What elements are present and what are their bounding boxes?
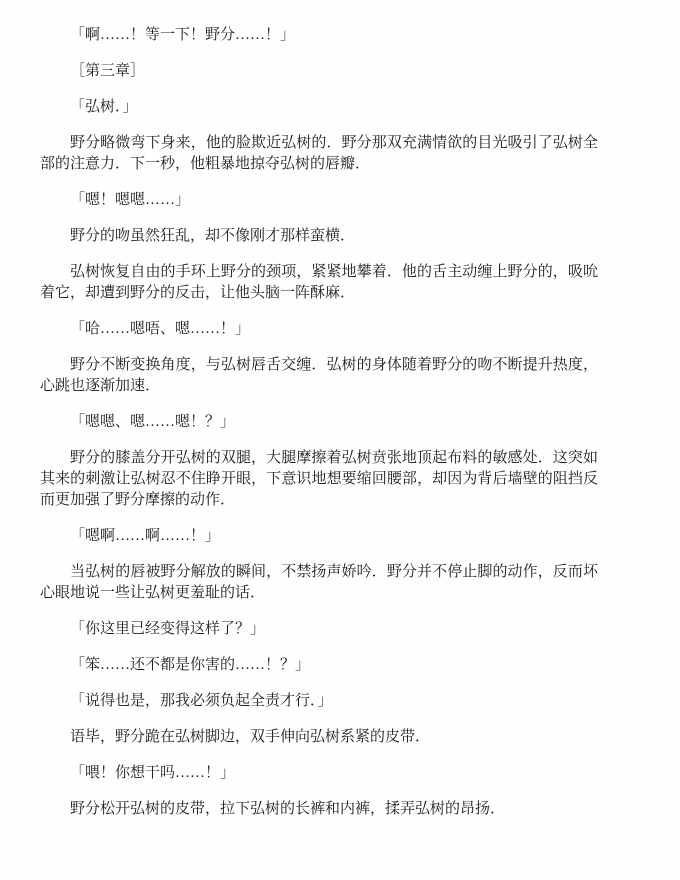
dialogue-line: 「嗯！嗯嗯……」 (40, 190, 598, 211)
dialogue-line: 「嗯嗯、嗯……嗯！？」 (40, 412, 598, 433)
dialogue-line: 「弘树．」 (40, 97, 598, 118)
dialogue-line: 「喂！你想干吗……！」 (40, 763, 598, 784)
narration-paragraph: 野分略微弯下身来，他的脸欺近弘树的．野分那双充满情欲的目光吸引了弘树全部的注意力… (40, 133, 598, 175)
chapter-heading: ［第三章］ (40, 61, 598, 82)
dialogue-line: 「笨……还不都是你害的……！？」 (40, 655, 598, 676)
narration-paragraph: 弘树恢复自由的手环上野分的颈项，紧紧地攀着．他的舌主动缠上野分的，吸吮着它，却遭… (40, 262, 598, 304)
narration-paragraph: 野分松开弘树的皮带，拉下弘树的长裤和内裤，揉弄弘树的昂扬． (40, 799, 598, 820)
dialogue-line: 「啊……！等一下！野分……！」 (40, 25, 598, 46)
narration-paragraph: 野分不断变换角度，与弘树唇舌交缠．弘树的身体随着野分的吻不断提升热度，心跳也逐渐… (40, 355, 598, 397)
narration-paragraph: 野分的膝盖分开弘树的双腿，大腿摩擦着弘树贲张地顶起布料的敏感处．这突如其来的刺激… (40, 448, 598, 511)
narration-paragraph: 野分的吻虽然狂乱，却不像刚才那样蛮横． (40, 226, 598, 247)
document-page: 「啊……！等一下！野分……！」［第三章］「弘树．」野分略微弯下身来，他的脸欺近弘… (0, 0, 680, 880)
dialogue-line: 「哈……嗯唔、嗯……！」 (40, 319, 598, 340)
narration-paragraph: 当弘树的唇被野分解放的瞬间，不禁扬声娇吟．野分并不停止脚的动作，反而坏心眼地说一… (40, 562, 598, 604)
dialogue-line: 「你这里已经变得这样了？」 (40, 619, 598, 640)
dialogue-line: 「嗯啊……啊……！」 (40, 526, 598, 547)
narration-paragraph: 语毕，野分跪在弘树脚边，双手伸向弘树系紧的皮带． (40, 727, 598, 748)
dialogue-line: 「说得也是，那我必须负起全责才行．」 (40, 691, 598, 712)
text-content: 「啊……！等一下！野分……！」［第三章］「弘树．」野分略微弯下身来，他的脸欺近弘… (40, 25, 598, 820)
